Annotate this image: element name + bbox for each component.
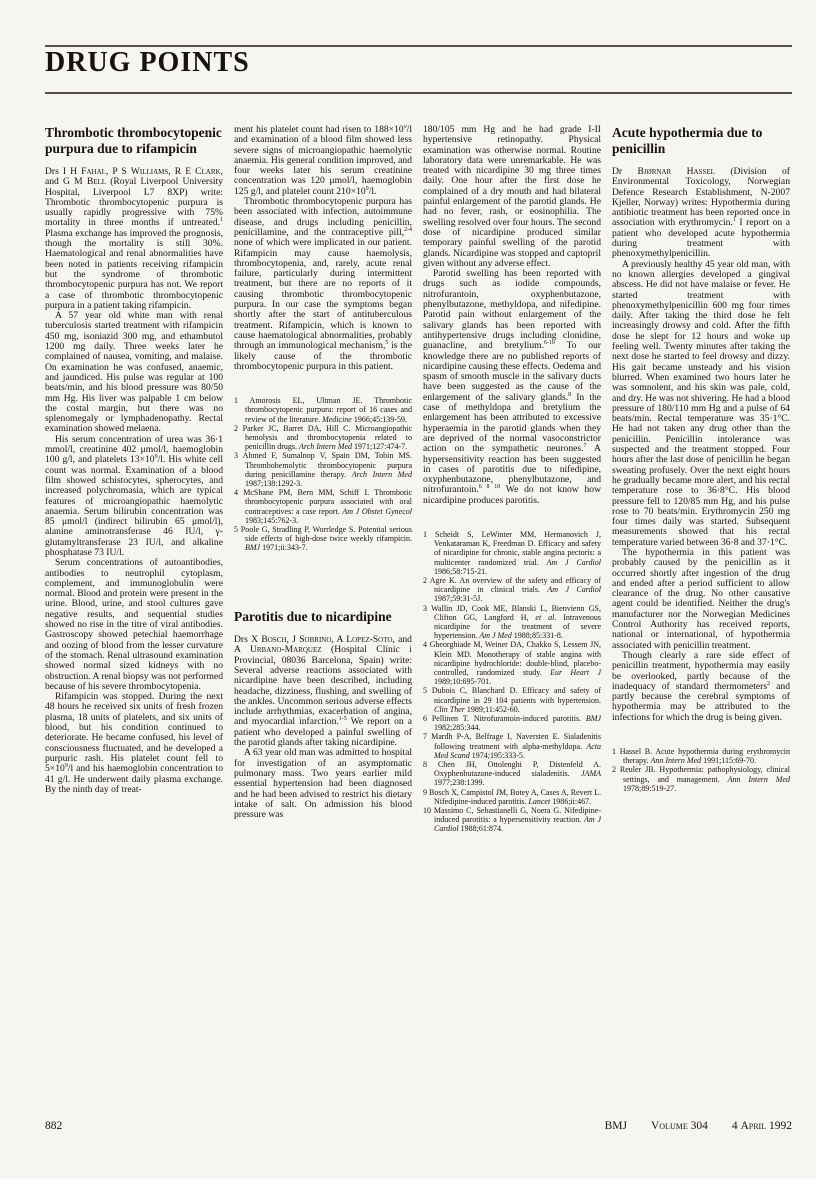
reference-item: 1 Scheidt S, LeWinter MM, Hermanovich J,… xyxy=(423,530,601,576)
journal-page: DRUG POINTS Thrombotic thrombocytopenic … xyxy=(0,0,816,1179)
paragraph-authors-nicardipine: Drs X Bosch, J Sobrino, A Lopez-Soto, an… xyxy=(234,635,412,748)
paragraph-authors-penicillin: Dr Bjørnar Hassel (Division of Environme… xyxy=(612,167,790,260)
masthead-rule-bottom xyxy=(45,92,792,94)
reference-item: 3 Ahmed F, Sumalnop V, Spain DM, Tobin M… xyxy=(234,451,412,488)
page-footer: 882 BMJ Volume 304 4 April 1992 xyxy=(45,1121,792,1133)
reference-item: 3 Wallin JD, Cook ME, Blanski L, Bienvie… xyxy=(423,604,601,641)
reference-item: 2 Parker JC, Barret DA, Hill C. Microang… xyxy=(234,424,412,452)
article-title-nicardipine: Parotitis due to nicardipine xyxy=(234,609,412,625)
paragraph: A 63 year old man was admitted to hospit… xyxy=(234,748,412,820)
reference-item: 5 Poole G, Stradling P, Worrledge S. Pot… xyxy=(234,525,412,553)
paragraph-authors-rifampicin: Drs I H Fahal, P S Williams, R E Clark, … xyxy=(45,167,223,311)
paragraph-continuation: 180/105 mm Hg and he had grade I-II hype… xyxy=(423,125,601,269)
paragraph: His serum concentration of urea was 36·1… xyxy=(45,435,223,559)
paragraph: A 57 year old white man with renal tuber… xyxy=(45,311,223,435)
reference-item: 4 Gheorghiade M, Weiner DA, Chakko S, Le… xyxy=(423,640,601,686)
reference-list-rifampicin: 1 Amorosis EL, Ultman JE. Thrombotic thr… xyxy=(234,396,412,552)
reference-item: 5 Dubois C, Blanchard D. Efficacy and sa… xyxy=(423,686,601,714)
reference-list-penicillin: 1 Hassel B. Acute hypothermia during ery… xyxy=(612,747,790,793)
issue-date: 4 April 1992 xyxy=(732,1121,792,1133)
paragraph-continuation: ment his platelet count had risen to 188… xyxy=(234,125,412,197)
reference-item: 10 Massimo C, Sebastianelli G, Noera G. … xyxy=(423,806,601,834)
journal-name: BMJ xyxy=(605,1121,627,1133)
reference-item: 7 Mardh P-A, Belfrage I, Naversten E. Si… xyxy=(423,732,601,760)
reference-item: 8 Chen JH, Ottolenghi P, Distenfeld A. O… xyxy=(423,760,601,788)
article-title-penicillin: Acute hypothermia due to penicillin xyxy=(612,125,790,156)
page-number: 882 xyxy=(45,1121,62,1133)
paragraph: Parotid swelling has been reported with … xyxy=(423,269,601,506)
reference-item: 1 Amorosis EL, Ultman JE. Thrombotic thr… xyxy=(234,396,412,424)
paragraph: Rifampicin was stopped. During the next … xyxy=(45,692,223,795)
page-title: DRUG POINTS xyxy=(45,49,250,77)
reference-item: 1 Hassel B. Acute hypothermia during ery… xyxy=(612,747,790,765)
reference-item: 2 Reuler JB. Hypothermia: pathophysiolog… xyxy=(612,765,790,793)
reference-list-nicardipine: 1 Scheidt S, LeWinter MM, Hermanovich J,… xyxy=(423,530,601,834)
paragraph: Though clearly a rare side effect of pen… xyxy=(612,651,790,723)
reference-item: 9 Bosch X, Campistol JM, Botey A, Cases … xyxy=(423,788,601,806)
column-3: 180/105 mm Hg and he had grade I-II hype… xyxy=(423,125,601,1113)
reference-item: 4 McShane PM, Bern MM, Schiff I. Thrombo… xyxy=(234,488,412,525)
paragraph: A previously healthy 45 year old man, wi… xyxy=(612,260,790,548)
reference-item: 6 Pellinen T. Nitrofurantoin-induced par… xyxy=(423,714,601,732)
paragraph: Thrombotic thrombocytopenic purpura has … xyxy=(234,197,412,372)
column-2: ment his platelet count had risen to 188… xyxy=(234,125,412,1113)
article-title-rifampicin: Thrombotic thrombocytopenic purpura due … xyxy=(45,125,223,156)
paragraph: The hypothermia in this patient was prob… xyxy=(612,548,790,651)
column-4: Acute hypothermia due to penicillin Dr B… xyxy=(612,125,790,1113)
volume-number: Volume 304 xyxy=(651,1121,708,1133)
article-columns: Thrombotic thrombocytopenic purpura due … xyxy=(45,125,792,1113)
reference-item: 2 Agre K. An overview of the safety and … xyxy=(423,576,601,604)
paragraph: Serum concentrations of autoantibodies, … xyxy=(45,558,223,692)
journal-footline: BMJ Volume 304 4 April 1992 xyxy=(605,1121,792,1133)
column-1: Thrombotic thrombocytopenic purpura due … xyxy=(45,125,223,1113)
